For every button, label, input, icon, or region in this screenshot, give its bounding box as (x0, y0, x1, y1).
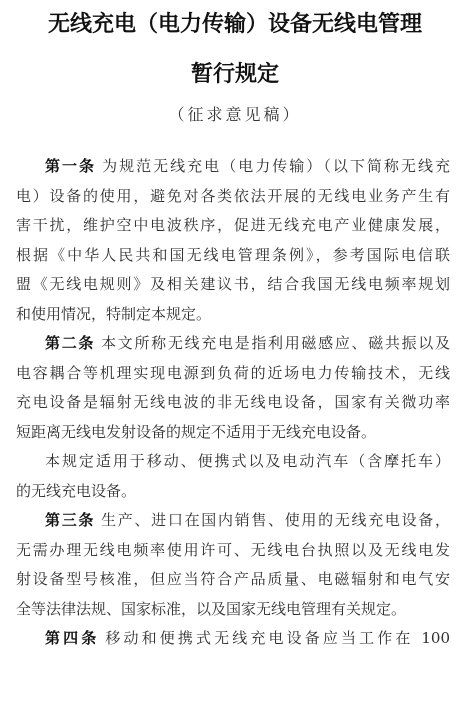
article-line: 的无线充电设备。 (16, 477, 450, 507)
article-line: 和使用情况，特制定本规定。 (16, 300, 450, 330)
article-line: 第二条本文所称无线充电是指利用磁感应、磁共振以及 (16, 329, 450, 359)
article-line: 充电设备是辐射无线电波的非无线电设备，国家有关微功率 (16, 388, 450, 418)
article-line: 盟《无线电规则》及相关建议书，结合我国无线电频率规划 (16, 270, 450, 300)
article-4: 第四条移动和便携式无线充电设备应当工作在 100 (16, 624, 450, 654)
article-line: 第三条生产、进口在国内销售、使用的无线充电设备， (16, 506, 450, 536)
article-text: 生产、进口在国内销售、使用的无线充电设备， (101, 511, 450, 529)
article-line: 根据《中华人民共和国无线电管理条例》，参考国际电信联 (16, 241, 450, 271)
article-3: 第三条生产、进口在国内销售、使用的无线充电设备， 无需办理无线电频率使用许可、无… (16, 506, 450, 624)
article-label: 第三条 (45, 511, 95, 529)
article-line: 无需办理无线电频率使用许可、无线电台执照以及无线电发 (16, 536, 450, 566)
article-label: 第四条 (45, 629, 99, 647)
article-line: 第四条移动和便携式无线充电设备应当工作在 100 (16, 624, 450, 654)
document-subtitle: （征求意见稿） (0, 103, 470, 127)
article-1: 第一条为规范无线充电（电力传输）（以下简称无线充 电）设备的使用，避免对各类依法… (16, 152, 450, 329)
document-title-line2: 暂行规定 (0, 58, 470, 90)
article-label: 第二条 (45, 334, 95, 352)
article-label: 第一条 (45, 157, 96, 175)
article-text: 本文所称无线充电是指利用磁感应、磁共振以及 (101, 334, 450, 352)
article-line: 射设备型号核准，但应当符合产品质量、电磁辐射和电气安 (16, 565, 450, 595)
article-text: 移动和便携式无线充电设备应当工作在 100 (105, 629, 450, 647)
article-2: 第二条本文所称无线充电是指利用磁感应、磁共振以及 电容耦合等机理实现电源到负荷的… (16, 329, 450, 506)
article-text: 为规范无线充电（电力传输）（以下简称无线充 (102, 157, 450, 175)
article-line: 害干扰，维护空中电波秩序，促进无线充电产业健康发展， (16, 211, 450, 241)
article-line: 电）设备的使用，避免对各类依法开展的无线电业务产生有 (16, 182, 450, 212)
article-line: 本规定适用于移动、便携式以及电动汽车（含摩托车） (16, 447, 450, 477)
article-line: 全等法律法规、国家标准，以及国家无线电管理有关规定。 (16, 595, 450, 625)
article-line: 第一条为规范无线充电（电力传输）（以下简称无线充 (16, 152, 450, 182)
document-title-line1: 无线充电（电力传输）设备无线电管理 (0, 8, 470, 40)
article-line: 短距离无线电发射设备的规定不适用于无线充电设备。 (16, 418, 450, 448)
document-body: 第一条为规范无线充电（电力传输）（以下简称无线充 电）设备的使用，避免对各类依法… (16, 152, 450, 654)
article-line: 电容耦合等机理实现电源到负荷的近场电力传输技术，无线 (16, 359, 450, 389)
